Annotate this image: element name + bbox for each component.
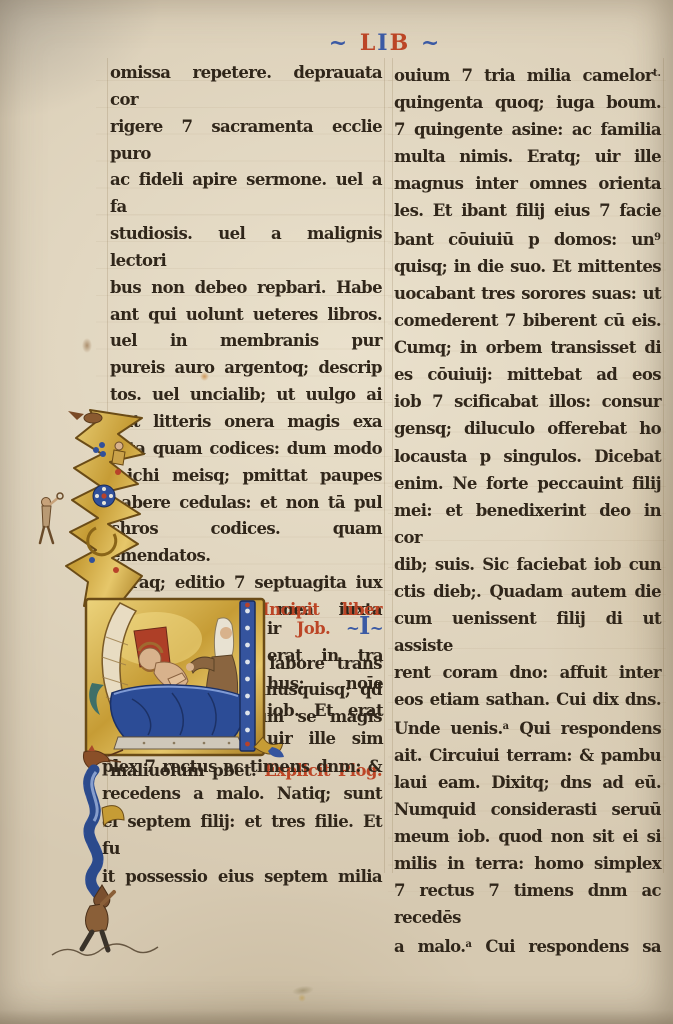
parchment-stain bbox=[291, 985, 314, 997]
text-line: gensq; diluculo offerebat ho bbox=[394, 415, 661, 442]
text-line: locausta p singulos. Dicebat bbox=[394, 443, 661, 470]
text-line: 7 quingente asine: ac familia bbox=[394, 116, 661, 143]
marginal-ornament-icon bbox=[26, 410, 150, 606]
text-line: comederent 7 biberent cū eis. bbox=[394, 307, 661, 334]
text-line: Utraq; editio 7 septuagita iux bbox=[110, 570, 382, 597]
text-line: enim. Ne forte peccauint filij bbox=[394, 470, 661, 497]
text-line: mei: et benedixerint deo in cor bbox=[394, 497, 661, 551]
text-line: uocabant tres sorores suas: ut bbox=[394, 280, 661, 307]
text-line: hus: noīe bbox=[267, 670, 383, 697]
text-line: multa nimis. Eratq; uir ille bbox=[394, 143, 661, 170]
manuscript-photo: ~ LIB ~ omissa repetere. deprauata corri… bbox=[0, 0, 673, 1024]
text-line: bus non debeo repbari. Habe bbox=[110, 275, 382, 302]
text-line: ait. Circuiui terram: & pambu bbox=[394, 742, 661, 769]
vertical-ruling bbox=[663, 58, 664, 873]
text-line: meum iob. quod non sit ei si bbox=[394, 823, 661, 850]
text-line: a malo.a Cui respondens sa bbox=[394, 931, 661, 960]
text-segment-blue: ~ bbox=[329, 30, 360, 56]
dragon-wing bbox=[102, 806, 124, 826]
text-segment-ink: ouium 7 tria milia camelor bbox=[394, 66, 653, 85]
text-line: ir Job. ~I~ bbox=[267, 615, 383, 642]
text-line: Unde uenis.a Qui respondens bbox=[394, 713, 661, 742]
running-title-text: ~ LIB ~ bbox=[110, 30, 660, 56]
text-line: magnus inter omnes orienta bbox=[394, 170, 661, 197]
parchment-leaf: ~ LIB ~ omissa repetere. deprauata corri… bbox=[0, 0, 673, 1024]
text-line: ctis dieb;. Quadam autem die bbox=[394, 578, 661, 605]
text-segment-ink: ir bbox=[267, 619, 297, 638]
text-segment-ink: a malo. bbox=[394, 937, 465, 956]
text-line: Cumq; in orbem transisset di bbox=[394, 334, 661, 361]
text-line: iob. Et erat bbox=[267, 697, 383, 724]
text-segment-blue: I bbox=[377, 30, 389, 56]
text-segment-blue: ~ bbox=[346, 619, 359, 638]
text-line: 7 rectus 7 timens dnm ac recedēs bbox=[394, 877, 661, 931]
text-line: cum uenissent filij di ut assiste bbox=[394, 605, 661, 659]
vertical-ruling bbox=[384, 58, 385, 873]
text-segment-ink: Qui respondens bbox=[509, 719, 661, 738]
parchment-stain bbox=[82, 338, 92, 353]
gold-bar bbox=[66, 410, 144, 606]
climbing-figure-icon bbox=[40, 493, 63, 543]
text-line: les. Et ibant filij eius 7 facie bbox=[394, 197, 661, 224]
text-segment-ink bbox=[330, 619, 346, 638]
text-line: pureis auro argentoq; descrip bbox=[110, 355, 382, 382]
dragon-drollery-icon bbox=[50, 748, 195, 963]
text-line: chros codices. quam emendatos. bbox=[110, 516, 382, 570]
text-line: ac fideli apire sermone. uel a fa bbox=[110, 167, 382, 221]
text-line: Numquid considerasti seruū bbox=[394, 796, 661, 823]
text-segment-sup: 9 bbox=[654, 232, 661, 243]
text-line: iob 7 scificabat illos: consur bbox=[394, 388, 661, 415]
text-line: ouium 7 tria milia camelort. bbox=[394, 60, 661, 89]
text-segment-sup: t. bbox=[653, 68, 661, 79]
dragon-head-icon bbox=[83, 745, 123, 770]
text-segment-blue: ~ bbox=[370, 619, 383, 638]
text-segment-red: Job. bbox=[297, 619, 331, 638]
text-line: michi meisq; pmittat paupes bbox=[110, 463, 382, 490]
text-line: dib; suis. Sic faciebat iob cun bbox=[394, 551, 661, 578]
text-line: uel in membranis pur bbox=[110, 328, 382, 355]
text-segment-red: B bbox=[390, 30, 411, 56]
text-line: habere cedulas: et non tā pul bbox=[110, 490, 382, 517]
illuminated-initial-V bbox=[84, 597, 284, 761]
vertical-ruling bbox=[392, 58, 393, 873]
text-segment-ink: Cui respondens sa bbox=[472, 937, 661, 956]
text-line: quingenta quoq; iuga boum. bbox=[394, 89, 661, 116]
text-segment-red: L bbox=[360, 30, 377, 56]
text-line: rata quam codices: dum modo bbox=[110, 436, 382, 463]
text-line: ant qui uolunt ueteres libros. bbox=[110, 302, 382, 329]
right-column: ouium 7 tria milia camelort.quingenta qu… bbox=[394, 60, 661, 960]
text-line: milis in terra: homo simplex bbox=[394, 850, 661, 877]
text-line: rigere 7 sacramenta ecclie puro bbox=[110, 114, 382, 168]
text-line: laui eam. Dixitq; dns ad eū. bbox=[394, 769, 661, 796]
text-segment-ink: Unde uenis. bbox=[394, 719, 503, 738]
parchment-stain bbox=[298, 994, 306, 1002]
running-title: ~ LIB ~ bbox=[110, 30, 660, 56]
text-segment-ink: bant cōuiuiū p domos: un bbox=[394, 230, 654, 249]
text-line: tos. uel uncialib; ut uulgo ai bbox=[110, 382, 382, 409]
text-line: erat in tra bbox=[267, 642, 383, 669]
text-line: studiosis. uel a malignis lectori bbox=[110, 221, 382, 275]
text-segment-blue: ~ bbox=[410, 30, 441, 56]
text-segment-blue-initial: I bbox=[359, 612, 370, 640]
ape-drollery-icon bbox=[82, 885, 114, 950]
text-line: omissa repetere. deprauata cor bbox=[110, 60, 382, 114]
text-line: es cōuiuij: mittebat ad eos bbox=[394, 361, 661, 388]
text-line: unt litteris onera magis exa bbox=[110, 409, 382, 436]
left-column-beside-initial: ir Job. ~I~erat in trahus: noīeiob. Et e… bbox=[267, 615, 383, 752]
text-line: uir ille sim bbox=[267, 725, 383, 752]
text-line: bant cōuiuiū p domos: un9 bbox=[394, 224, 661, 253]
text-line: quisq; in die suo. Et mittentes bbox=[394, 253, 661, 280]
text-line: eos etiam sathan. Cui dix dns. bbox=[394, 686, 661, 713]
text-line: rent coram dno: affuit inter bbox=[394, 659, 661, 686]
